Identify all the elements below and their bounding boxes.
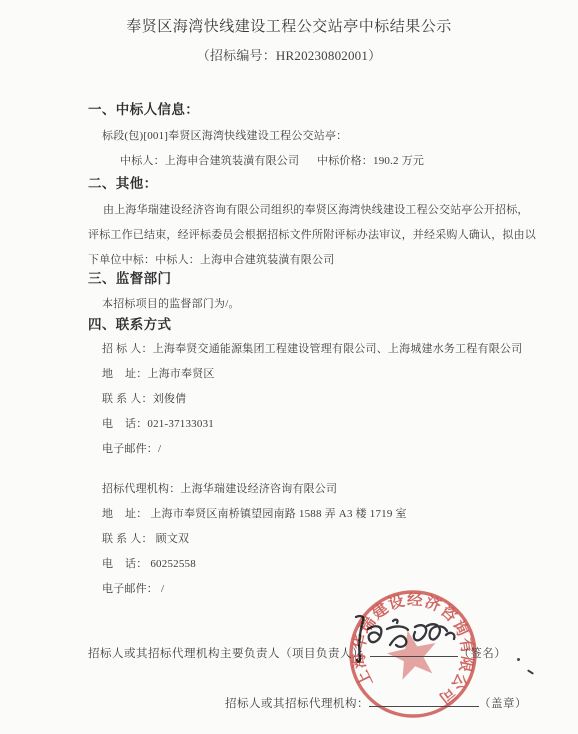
scanned-document-page: 奉贤区海湾快线建设工程公交站亭中标结果公示 （招标编号：HR2023080200… bbox=[0, 0, 578, 734]
other-paragraph-line: 下单位中标：中标人：上海申合建筑装潢有限公司 bbox=[88, 252, 334, 268]
agency-row: 地 址： 上海市奉贤区南桥镇望园南路 1588 弄 A3 楼 1719 室 bbox=[102, 506, 407, 522]
agency-row: 联 系 人： 顾文双 bbox=[102, 531, 189, 547]
phone-value: 021-37133031 bbox=[147, 418, 214, 430]
agency-email-label: 电子邮件： bbox=[102, 583, 158, 595]
tenderer-row: 联 系 人：刘俊倩 bbox=[102, 391, 186, 407]
agency-address-label: 地 址： bbox=[102, 508, 147, 520]
org-seal-line: 招标人或其招标代理机构：（盖章） bbox=[225, 694, 527, 712]
contact-person-value: 刘俊倩 bbox=[153, 393, 187, 405]
seal-underline bbox=[369, 694, 479, 707]
other-paragraph-line: 由上海华瑞建设经济咨询有限公司组织的奉贤区海湾快线建设工程公交站亭公开招标， bbox=[103, 202, 529, 218]
agency-email-value: / bbox=[158, 583, 164, 595]
agency-row: 招标代理机构：上海华瑞建设经济咨询有限公司 bbox=[102, 481, 337, 497]
tenderer-row: 地 址：上海市奉贤区 bbox=[102, 366, 215, 382]
agency-contact-value: 顾文双 bbox=[153, 533, 190, 545]
tenderer-row: 电子邮件：/ bbox=[102, 441, 161, 457]
phone-label: 电 话： bbox=[102, 418, 147, 430]
tenderer-row: 招 标 人：上海奉贤交通能源集团工程建设管理有限公司、上海城建水务工程有限公司 bbox=[102, 341, 522, 357]
section-heading-supervision: 三、监督部门 bbox=[88, 271, 171, 287]
tenderer-value: 上海奉贤交通能源集团工程建设管理有限公司、上海城建水务工程有限公司 bbox=[153, 343, 523, 355]
agency-address-value: 上海市奉贤区南桥镇望园南路 1588 弄 A3 楼 1719 室 bbox=[147, 508, 406, 520]
section-heading-other: 二、其他： bbox=[88, 176, 158, 192]
address-label: 地 址： bbox=[102, 368, 147, 380]
lot-line: 标段(包)[001]奉贤区海湾快线建设工程公交站亭： bbox=[102, 128, 347, 144]
org-label: 招标人或其招标代理机构： bbox=[225, 698, 369, 710]
handwritten-signature bbox=[346, 610, 466, 668]
document-title: 奉贤区海湾快线建设工程公交站亭中标结果公示 bbox=[0, 19, 578, 35]
agency-value: 上海华瑞建设经济咨询有限公司 bbox=[180, 483, 337, 495]
agency-row: 电 话： 60252558 bbox=[102, 556, 196, 572]
agency-row: 电子邮件： / bbox=[102, 581, 164, 597]
winner-line: 中标人：上海申合建筑装潢有限公司 bbox=[120, 153, 299, 169]
address-value: 上海市奉贤区 bbox=[147, 368, 214, 380]
section-heading-winner-info: 一、中标人信息： bbox=[88, 102, 199, 118]
tenderer-row: 电 话：021-37133031 bbox=[102, 416, 214, 432]
price-line: 中标价格：190.2 万元 bbox=[317, 153, 424, 169]
supervision-body: 本招标项目的监督部门为/。 bbox=[102, 296, 240, 312]
scan-artifact-dot bbox=[517, 658, 520, 661]
agency-phone-value: 60252558 bbox=[147, 558, 196, 570]
section-heading-contact: 四、联系方式 bbox=[88, 317, 171, 333]
org-suffix: （盖章） bbox=[479, 698, 527, 710]
other-paragraph-line: 评标工作已结束，经评标委员会根据招标文件所附评标办法审议，并经采购人确认，拟由以 bbox=[88, 227, 536, 243]
agency-label: 招标代理机构： bbox=[102, 483, 180, 495]
scan-artifact-tick bbox=[527, 669, 534, 674]
agency-contact-label: 联 系 人： bbox=[102, 533, 153, 545]
email-label: 电子邮件： bbox=[102, 443, 158, 455]
email-value: / bbox=[158, 443, 161, 455]
tenderer-label: 招 标 人： bbox=[102, 343, 153, 355]
bid-number: （招标编号：HR20230802001） bbox=[0, 48, 578, 64]
responsible-label: 招标人或其招标代理机构主要负责人（项目负责人）： bbox=[88, 648, 370, 660]
agency-phone-label: 电 话： bbox=[102, 558, 147, 570]
contact-person-label: 联 系 人： bbox=[102, 393, 153, 405]
